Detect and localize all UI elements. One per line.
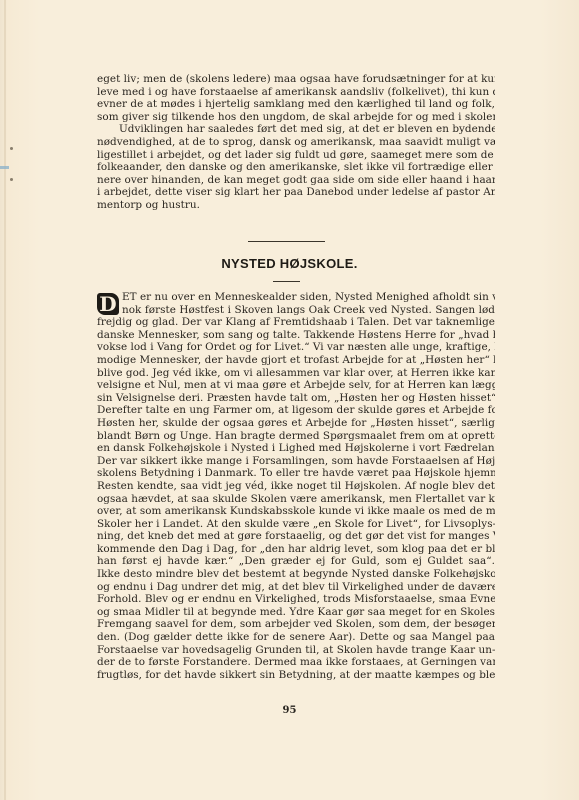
text-line: Der var sikkert ikke mange i Forsamlinge…: [97, 455, 495, 468]
text-line: vokse lod i Vang for Ordet og for Livet.…: [97, 341, 495, 354]
intro-text: eget liv; men de (skolens ledere) maa og…: [97, 73, 495, 212]
text-line: den. (Dog gælder dette ikke for de sener…: [97, 631, 495, 644]
text-line: danske Mennesker, som sang og talte. Tak…: [97, 329, 495, 342]
text-line: og endnu i Dag undrer det mig, at det bl…: [97, 581, 495, 594]
text-line: modige Mennesker, der havde gjort et tro…: [97, 354, 495, 367]
ink-speck: [10, 178, 13, 181]
text-line: nere over hinanden, de kan meget godt ga…: [97, 174, 495, 187]
text-line: ligestillet i arbejdet, og det lader sig…: [97, 149, 495, 162]
text-line: frugtløs, for det havde sikkert sin Bety…: [97, 669, 495, 682]
text-line: og smaa Midler til at begynde med. Ydre …: [97, 606, 495, 619]
drop-cap: D: [97, 293, 119, 315]
text-line: velsigne et Nul, men at vi maa gøre et A…: [97, 379, 495, 392]
text-line: nok første Høstfest i Skoven langs Oak C…: [122, 304, 495, 317]
text-line: ET er nu over en Menneskealder siden, Ny…: [122, 291, 495, 304]
text-line: leve med i og have forstaaelse af amerik…: [97, 86, 495, 99]
text-line: ning, det kneb det med at gøre forstaael…: [97, 530, 495, 543]
page-edge: [4, 0, 6, 800]
intro-paragraph-1: eget liv; men de (skolens ledere) maa og…: [97, 73, 495, 123]
text-line: Forstaaelse var hovedsagelig Grunden til…: [97, 644, 495, 657]
page-number: 95: [0, 705, 579, 716]
text-line: blandt Børn og Unge. Han bragte dermed S…: [97, 430, 495, 443]
section-title: NYSTED HØJSKOLE.: [0, 256, 579, 271]
text-line: sin Velsignelse deri. Præsten havde talt…: [97, 392, 495, 405]
text-line: skolens Betydning i Danmark. To eller tr…: [97, 467, 495, 480]
text-line: kommende den Dag i Dag, for „den har ald…: [97, 543, 495, 556]
text-line: eget liv; men de (skolens ledere) maa og…: [97, 73, 495, 86]
text-line: i arbejdet, dette viser sig klart her pa…: [97, 186, 495, 199]
text-line: blive god. Jeg véd ikke, om vi allesamme…: [97, 367, 495, 380]
text-line: Skoler her i Landet. At den skulde være …: [97, 518, 495, 531]
text-line: Ikke desto mindre blev det bestemt at be…: [97, 568, 495, 581]
text-line: Høsten her, skulde der ogsaa gøres et Ar…: [97, 417, 495, 430]
drop-cap-block: D ET er nu over en Menneskealder siden, …: [97, 291, 495, 316]
text-line: Udviklingen har saaledes ført det med si…: [97, 123, 495, 136]
text-line: Derefter talte en ung Farmer om, at lige…: [97, 404, 495, 417]
text-line: Fremgang saavel for dem, som arbejder ve…: [97, 618, 495, 631]
text-line: frejdig og glad. Der var Klang af Fremti…: [97, 316, 495, 329]
ink-speck: [10, 147, 13, 150]
text-line: en dansk Folkehøjskole i Nysted i Lighed…: [97, 442, 495, 455]
text-line: ogsaa hævdet, at saa skulde Skolen være …: [97, 493, 495, 506]
text-line: som giver sig tilkende hos den ungdom, d…: [97, 111, 495, 124]
margin-mark: [0, 166, 9, 169]
text-line: han først ej havde kær.“ „Den græder ej …: [97, 555, 495, 568]
text-line: mentorp og hustru.: [97, 199, 495, 212]
text-line: Resten kendte, saa vidt jeg véd, ikke no…: [97, 480, 495, 493]
book-page: eget liv; men de (skolens ledere) maa og…: [0, 0, 579, 800]
text-line: der de to første Forstandere. Dermed maa…: [97, 656, 495, 669]
text-line: over, at som amerikansk Kundskabsskole k…: [97, 505, 495, 518]
title-underline: [273, 281, 300, 282]
text-line: nødvendighed, at de to sprog, dansk og a…: [97, 136, 495, 149]
text-line: Forhold. Blev og er endnu en Virkelighed…: [97, 593, 495, 606]
section-body: D ET er nu over en Menneskealder siden, …: [97, 291, 495, 681]
intro-paragraph-2: Udviklingen har saaledes ført det med si…: [97, 123, 495, 211]
text-line: folkeaander, den danske og den amerikans…: [97, 161, 495, 174]
text-line: evner de at mødes i hjertelig samklang m…: [97, 98, 495, 111]
section-divider: [248, 241, 325, 242]
